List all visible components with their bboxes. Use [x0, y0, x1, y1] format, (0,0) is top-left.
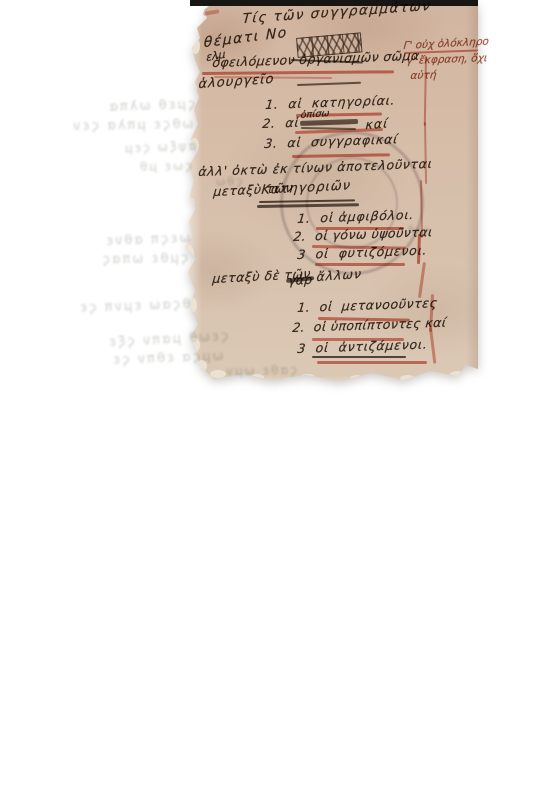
torn-fiber [450, 371, 464, 378]
scan-page: ςμεθ ωλπαωθςε μπλα ςεναψξω ςεμςωε μθςθωω… [0, 0, 549, 800]
torn-fiber [197, 360, 207, 372]
torn-fiber [191, 338, 200, 352]
torn-left-edge [184, 0, 202, 388]
paper-fragment [184, 0, 480, 388]
torn-bottom-edge [184, 376, 480, 388]
bleedthrough-line: θςαω εμνπ ςε [77, 298, 191, 315]
bleedthrough-line: ωεςπ αθνε [103, 232, 191, 248]
bleedthrough-line: ωθςε μπλα ςεν [70, 118, 194, 133]
torn-fiber [189, 82, 197, 96]
torn-fiber [187, 198, 195, 214]
bleedthrough-line: ςμεθ ωλπα [107, 98, 196, 114]
torn-fiber [350, 375, 364, 382]
torn-fiber [189, 298, 197, 312]
torn-fiber [190, 138, 199, 153]
bleedthrough-line: ςμθε ωπας [99, 252, 189, 267]
torn-fiber [191, 38, 200, 54]
torn-fiber [400, 375, 415, 382]
torn-fiber [250, 374, 264, 381]
torn-fiber [210, 370, 226, 378]
torn-fiber [300, 374, 315, 381]
paper-surface [184, 0, 480, 388]
torn-fiber [184, 245, 194, 263]
scanner-edge-strip [190, 0, 478, 6]
